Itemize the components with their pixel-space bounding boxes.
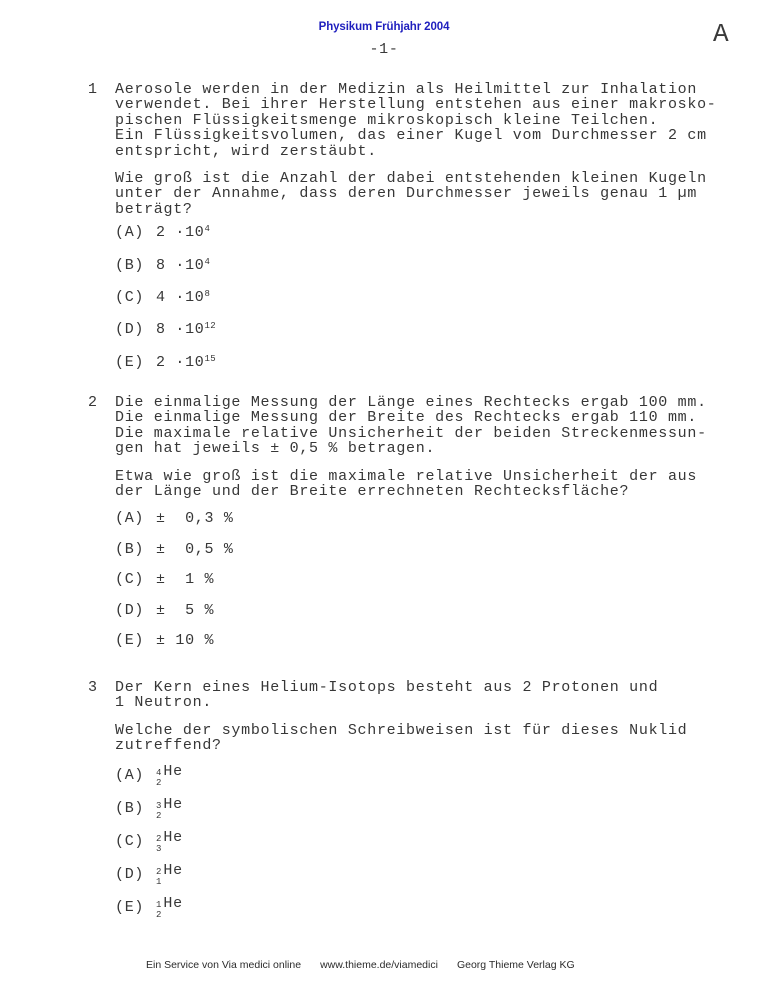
option-label: (C)	[115, 572, 156, 587]
question-paragraph: Welche der symbolischen Schreibweisen is…	[115, 723, 728, 754]
isotope-numbers: 32	[156, 801, 161, 821]
mantissa: 2 ·10	[156, 354, 205, 371]
exam-variant-label: A	[713, 19, 729, 49]
option-row: (B)8 ·104	[115, 258, 728, 275]
question-paragraph: Etwa wie groß ist die maximale relative …	[115, 469, 728, 500]
exponent: 15	[205, 354, 216, 364]
option-label: (E)	[115, 900, 156, 915]
isotope-atomic-number: 3	[156, 844, 161, 854]
option-value: ± 0,5 %	[156, 541, 234, 558]
mantissa: 4 ·10	[156, 289, 205, 306]
isotope-numbers: 42	[156, 768, 161, 788]
options-list: (A)2 ·104(B)8 ·104(C)4 ·108(D)8 ·1012(E)…	[115, 225, 728, 372]
option-row: (C)23He	[115, 832, 728, 852]
isotope-symbol: He	[163, 796, 182, 813]
option-value: 8 ·104	[156, 257, 210, 274]
option-label: (C)	[115, 834, 156, 849]
option-label: (D)	[115, 603, 156, 618]
option-row: (A)42He	[115, 766, 728, 786]
option-value: 23He	[156, 830, 183, 854]
option-value: ± 5 %	[156, 602, 214, 619]
question-block: 1Aerosole werden in der Medizin als Heil…	[88, 82, 728, 372]
isotope-atomic-number: 2	[156, 811, 161, 821]
option-label: (D)	[115, 322, 156, 337]
isotope-atomic-number: 1	[156, 877, 161, 887]
question-body: Die einmalige Messung der Länge eines Re…	[115, 395, 728, 648]
exponent: 8	[205, 289, 211, 299]
footer-publisher: Georg Thieme Verlag KG	[457, 959, 575, 971]
option-value: ± 10 %	[156, 632, 214, 649]
options-list: (A)± 0,3 %(B)± 0,5 %(C)± 1 %(D)± 5 %(E)±…	[115, 511, 728, 648]
option-value: 32He	[156, 797, 183, 821]
isotope-numbers: 12	[156, 900, 161, 920]
option-row: (A)± 0,3 %	[115, 511, 728, 526]
mantissa: 2 ·10	[156, 224, 205, 241]
footer-url: www.thieme.de/viamedici	[320, 959, 438, 971]
isotope-atomic-number: 2	[156, 778, 161, 788]
option-value: ± 1 %	[156, 571, 214, 588]
option-label: (A)	[115, 768, 156, 783]
option-label: (B)	[115, 801, 156, 816]
isotope-mass-number: 2	[156, 867, 161, 877]
option-value: 21He	[156, 863, 183, 887]
isotope-mass-number: 2	[156, 834, 161, 844]
isotope-numbers: 23	[156, 834, 161, 854]
option-row: (B)32He	[115, 799, 728, 819]
option-row: (D)8 ·1012	[115, 322, 728, 339]
isotope-symbol: He	[163, 763, 182, 780]
option-row: (C)4 ·108	[115, 290, 728, 307]
isotope-symbol: He	[163, 862, 182, 879]
option-row: (E)12He	[115, 898, 728, 918]
exponent: 4	[205, 224, 211, 234]
isotope-mass-number: 4	[156, 768, 161, 778]
question-paragraph: Aerosole werden in der Medizin als Heilm…	[115, 82, 728, 159]
isotope-atomic-number: 2	[156, 910, 161, 920]
question-number: 2	[88, 395, 98, 410]
isotope-symbol: He	[163, 895, 182, 912]
option-label: (E)	[115, 355, 156, 370]
option-label: (D)	[115, 867, 156, 882]
page-footer: Ein Service von Via medici online www.th…	[146, 959, 575, 971]
option-value: 42He	[156, 764, 183, 788]
doc-title: Physikum Frühjahr 2004	[0, 21, 768, 33]
option-value: 2 ·104	[156, 224, 210, 241]
option-label: (E)	[115, 633, 156, 648]
question-number: 3	[88, 680, 98, 695]
exponent: 4	[205, 257, 211, 267]
option-label: (A)	[115, 225, 156, 240]
isotope-symbol: He	[163, 829, 182, 846]
question-block: 3Der Kern eines Helium-Isotops besteht a…	[88, 680, 728, 918]
option-value: ± 0,3 %	[156, 510, 234, 527]
mantissa: 8 ·10	[156, 257, 205, 274]
isotope-mass-number: 1	[156, 900, 161, 910]
document-page: Physikum Frühjahr 2004 -1- A 1Aerosole w…	[0, 0, 768, 994]
question-paragraph: Der Kern eines Helium-Isotops besteht au…	[115, 680, 728, 711]
question-paragraph: Die einmalige Messung der Länge eines Re…	[115, 395, 728, 457]
isotope-mass-number: 3	[156, 801, 161, 811]
page-number: -1-	[0, 41, 768, 58]
option-value: 2 ·1015	[156, 354, 216, 371]
question-body: Aerosole werden in der Medizin als Heilm…	[115, 82, 728, 372]
option-label: (B)	[115, 542, 156, 557]
option-row: (B)± 0,5 %	[115, 542, 728, 557]
options-list: (A)42He(B)32He(C)23He(D)21He(E)12He	[115, 766, 728, 918]
question-block: 2Die einmalige Messung der Länge eines R…	[88, 395, 728, 648]
option-row: (A)2 ·104	[115, 225, 728, 242]
mantissa: 8 ·10	[156, 321, 205, 338]
isotope-numbers: 21	[156, 867, 161, 887]
question-body: Der Kern eines Helium-Isotops besteht au…	[115, 680, 728, 918]
exponent: 12	[205, 321, 216, 331]
option-label: (C)	[115, 290, 156, 305]
footer-service-text: Ein Service von Via medici online	[146, 959, 301, 971]
option-value: 4 ·108	[156, 289, 210, 306]
option-label: (A)	[115, 511, 156, 526]
option-value: 8 ·1012	[156, 321, 216, 338]
option-value: 12He	[156, 896, 183, 920]
option-row: (E)2 ·1015	[115, 355, 728, 372]
option-label: (B)	[115, 258, 156, 273]
option-row: (D)± 5 %	[115, 603, 728, 618]
option-row: (D)21He	[115, 865, 728, 885]
question-paragraph: Wie groß ist die Anzahl der dabei entste…	[115, 171, 728, 217]
option-row: (E)± 10 %	[115, 633, 728, 648]
question-number: 1	[88, 82, 98, 97]
option-row: (C)± 1 %	[115, 572, 728, 587]
